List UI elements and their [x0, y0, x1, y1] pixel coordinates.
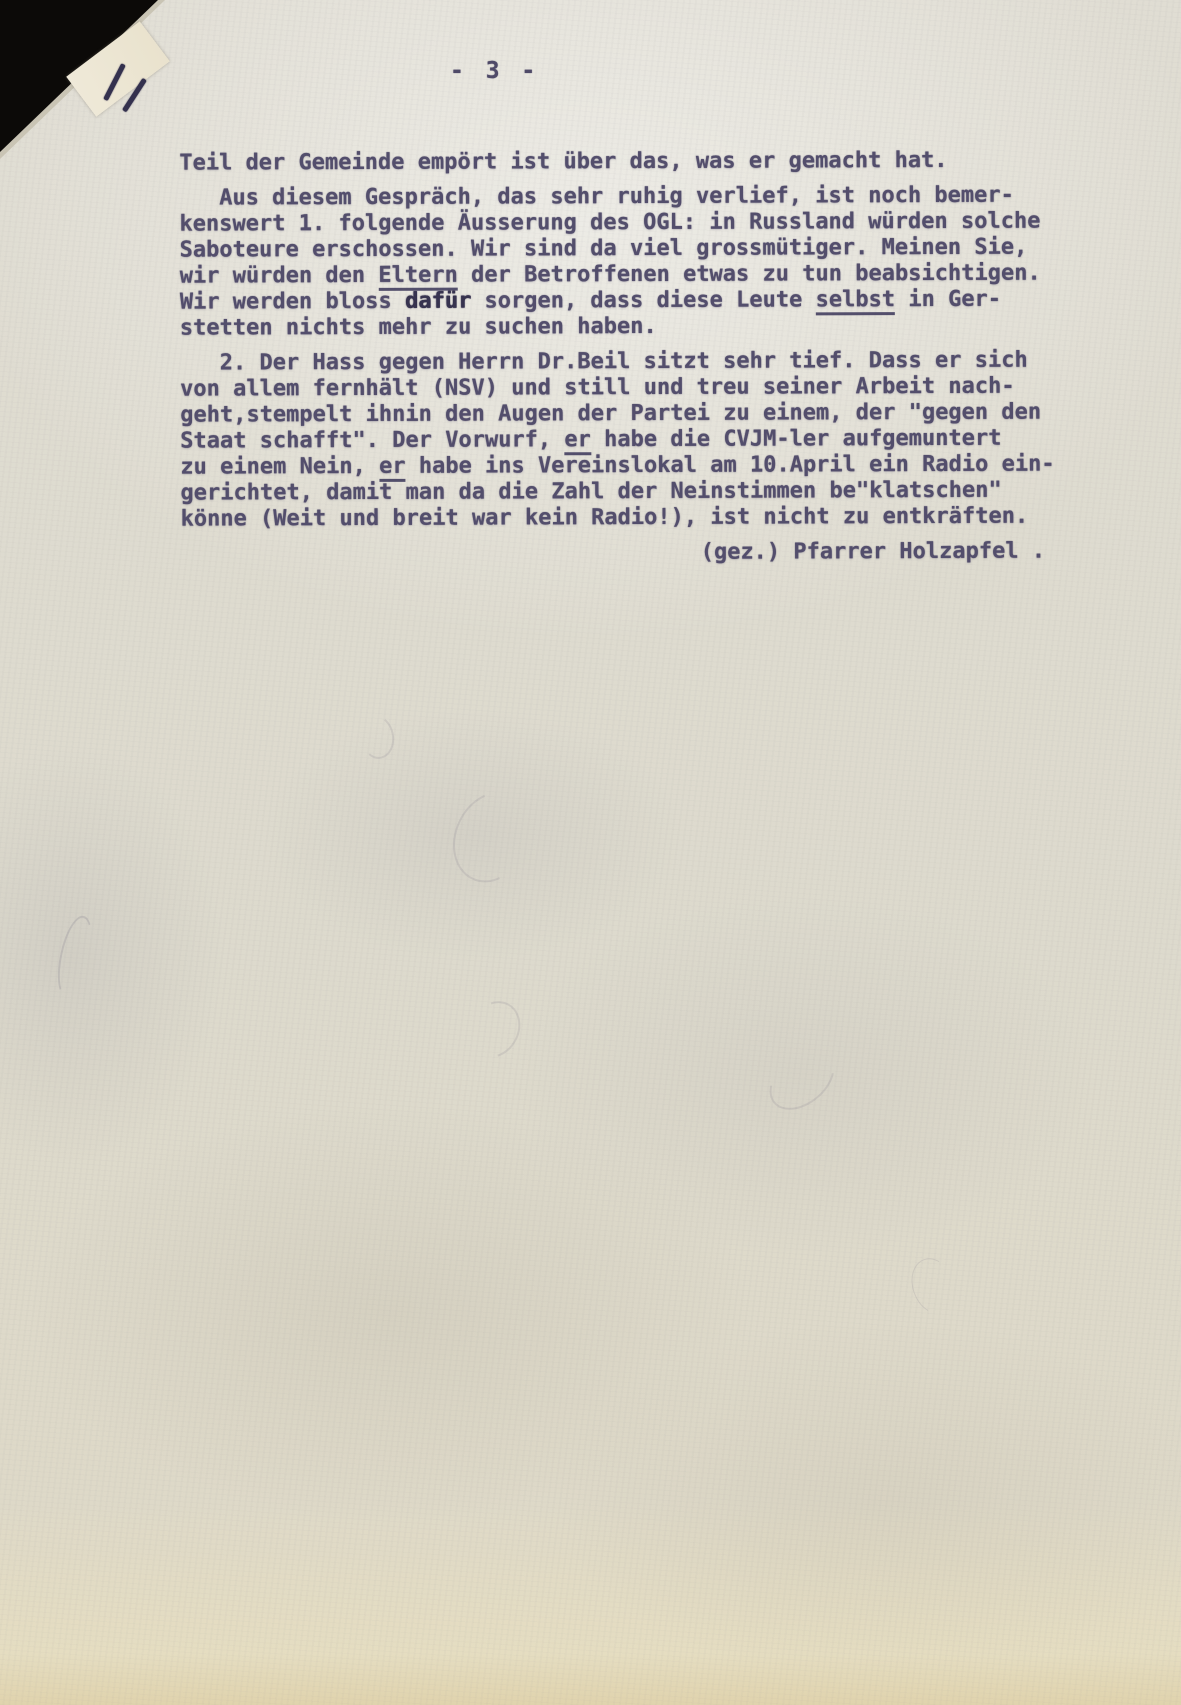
- document-line: Wir werden bloss dafür sorgen, dass dies…: [180, 286, 1110, 315]
- document-body: Teil der Gemeinde empört ist über das, w…: [179, 147, 1110, 532]
- page-number: - 3 -: [450, 58, 539, 84]
- scanned-document-page: - 3 - Teil der Gemeinde empört ist über …: [0, 0, 1181, 1705]
- document-line: Staat schafft". Der Vorwurf, er habe die…: [180, 425, 1110, 454]
- paper-crease: [52, 913, 99, 1001]
- paper-crease: [459, 992, 531, 1068]
- document-line: Aus diesem Gespräch, das sehr ruhig verl…: [179, 182, 1109, 211]
- paragraph: Aus diesem Gespräch, das sehr ruhig verl…: [179, 182, 1110, 341]
- document-line: stetten nichts mehr zu suchen haben.: [180, 312, 1110, 341]
- document-line: von allem fernhält (NSV) und still und t…: [180, 373, 1110, 402]
- signature-line: (gez.) Pfarrer Holzapfel .: [701, 538, 1111, 565]
- paper-crease: [356, 712, 397, 761]
- paper-crease: [904, 1252, 963, 1320]
- paper-crease: [758, 1037, 846, 1122]
- document-line: gerichtet, damit man da die Zahl der Nei…: [180, 477, 1110, 506]
- document-line: Teil der Gemeinde empört ist über das, w…: [179, 147, 1109, 176]
- document-line: zu einem Nein, er habe ins Vereinslokal …: [180, 451, 1110, 480]
- document-line: wir würden den Eltern der Betroffenen et…: [180, 260, 1110, 289]
- document-line: Saboteure erschossen. Wir sind da viel g…: [180, 234, 1110, 263]
- paper-crease: [439, 779, 546, 895]
- document-line: kenswert 1. folgende Äusserung des OGL: …: [179, 208, 1109, 237]
- document-line: könne (Weit und breit war kein Radio!), …: [181, 503, 1111, 532]
- paragraph: 2. Der Hass gegen Herrn Dr.Beil sitzt se…: [180, 347, 1111, 532]
- document-line: geht,stempelt ihnin den Augen der Partei…: [180, 399, 1110, 428]
- document-text: Teil der Gemeinde empört ist über das, w…: [179, 147, 1110, 567]
- paragraph: Teil der Gemeinde empört ist über das, w…: [179, 147, 1109, 176]
- document-line: 2. Der Hass gegen Herrn Dr.Beil sitzt se…: [180, 347, 1110, 376]
